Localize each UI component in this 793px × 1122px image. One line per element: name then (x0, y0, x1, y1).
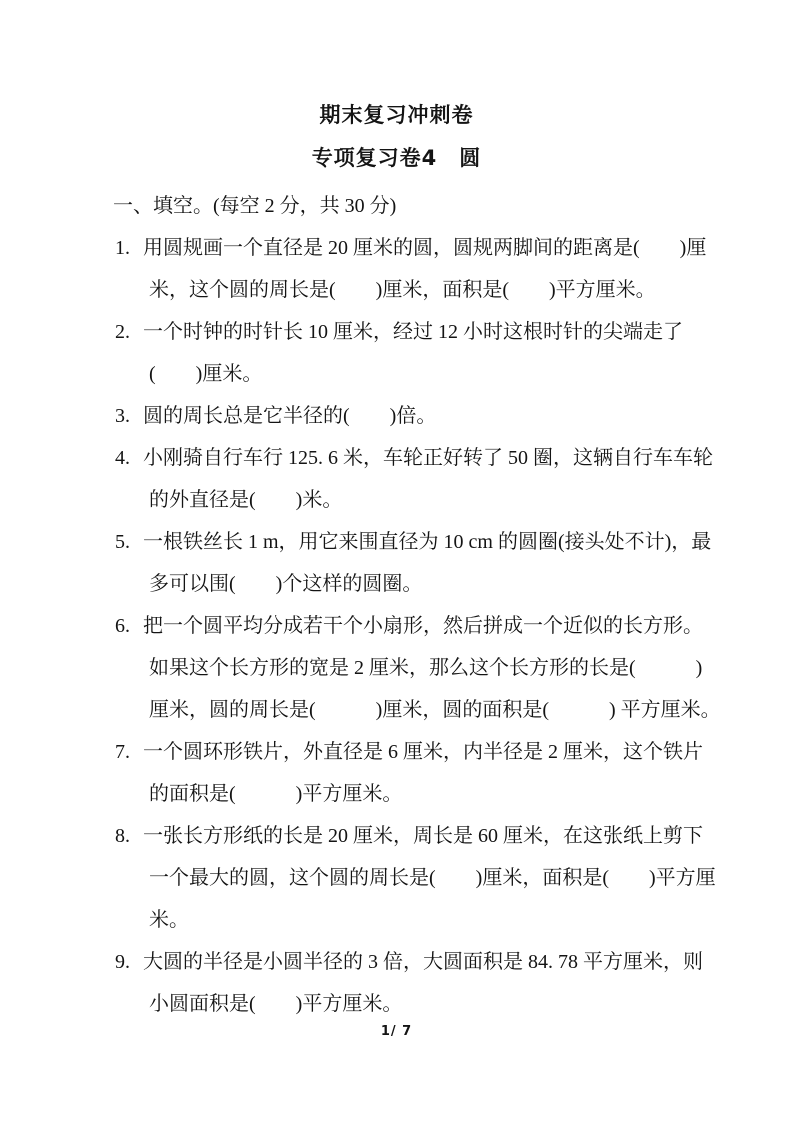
question-line: 米，这个圆的周长是( )厘米，面积是( )平方厘米。 (149, 269, 703, 311)
question-line: 多可以围( )个这样的圆圈。 (149, 563, 703, 605)
worksheet-page: 期末复习冲刺卷 专项复习卷4 圆 一、填空。(每空 2 分，共 30 分) 1.… (0, 0, 793, 1122)
question-line: 的外直径是( )米。 (149, 479, 703, 521)
question-number: 1. (115, 227, 130, 269)
section-heading: 一、填空。(每空 2 分，共 30 分) (113, 185, 703, 227)
question-line: 米。 (149, 899, 703, 941)
question-7: 7. 一个圆环形铁片，外直径是 6 厘米，内半径是 2 厘米，这个铁片 的面积是… (113, 731, 703, 815)
question-line: 一个时钟的时针长 10 厘米，经过 12 小时这根时针的尖端走了 (143, 311, 703, 353)
question-5: 5. 一根铁丝长 1 m，用它来围直径为 10 cm 的圆圈(接头处不计)，最 … (113, 521, 703, 605)
question-9: 9. 大圆的半径是小圆半径的 3 倍，大圆面积是 84. 78 平方厘米，则 小… (113, 941, 703, 1025)
question-number: 8. (115, 815, 130, 857)
question-line: 大圆的半径是小圆半径的 3 倍，大圆面积是 84. 78 平方厘米，则 (143, 941, 703, 983)
question-line: 圆的周长总是它半径的( )倍。 (143, 395, 703, 437)
question-6: 6. 把一个圆平均分成若干个小扇形，然后拼成一个近似的长方形。 如果这个长方形的… (113, 605, 703, 731)
question-8: 8. 一张长方形纸的长是 20 厘米，周长是 60 厘米，在这张纸上剪下 一个最… (113, 815, 703, 941)
question-2: 2. 一个时钟的时针长 10 厘米，经过 12 小时这根时针的尖端走了 ( )厘… (113, 311, 703, 395)
question-line: 的面积是( )平方厘米。 (149, 773, 703, 815)
page-number: 1/ 7 (0, 1024, 793, 1039)
question-number: 9. (115, 941, 130, 983)
worksheet-body: 一、填空。(每空 2 分，共 30 分) 1. 用圆规画一个直径是 20 厘米的… (113, 185, 703, 1025)
question-line: 小刚骑自行车行 125. 6 米，车轮正好转了 50 圈，这辆自行车车轮 (143, 437, 703, 479)
question-line: 一张长方形纸的长是 20 厘米，周长是 60 厘米，在这张纸上剪下 (143, 815, 703, 857)
question-number: 3. (115, 395, 130, 437)
question-line: 一个圆环形铁片，外直径是 6 厘米，内半径是 2 厘米，这个铁片 (143, 731, 703, 773)
question-line: 用圆规画一个直径是 20 厘米的圆，圆规两脚间的距离是( )厘 (143, 227, 703, 269)
question-3: 3. 圆的周长总是它半径的( )倍。 (113, 395, 703, 437)
page-title: 期末复习冲刺卷 (0, 0, 793, 128)
question-line: 小圆面积是( )平方厘米。 (149, 983, 703, 1025)
question-number: 4. (115, 437, 130, 479)
question-number: 7. (115, 731, 130, 773)
question-line: 把一个圆平均分成若干个小扇形，然后拼成一个近似的长方形。 (143, 605, 703, 647)
question-line: 一个最大的圆，这个圆的周长是( )厘米，面积是( )平方厘 (149, 857, 703, 899)
question-number: 5. (115, 521, 130, 563)
question-4: 4. 小刚骑自行车行 125. 6 米，车轮正好转了 50 圈，这辆自行车车轮 … (113, 437, 703, 521)
question-number: 2. (115, 311, 130, 353)
question-number: 6. (115, 605, 130, 647)
page-subtitle: 专项复习卷4 圆 (0, 145, 793, 171)
question-line: ( )厘米。 (149, 353, 703, 395)
question-line: 一根铁丝长 1 m，用它来围直径为 10 cm 的圆圈(接头处不计)，最 (143, 521, 703, 563)
question-1: 1. 用圆规画一个直径是 20 厘米的圆，圆规两脚间的距离是( )厘 米，这个圆… (113, 227, 703, 311)
title-block: 期末复习冲刺卷 专项复习卷4 圆 (0, 0, 793, 171)
question-line: 如果这个长方形的宽是 2 厘米，那么这个长方形的长是( ) (149, 647, 703, 689)
question-line: 厘米，圆的周长是( )厘米，圆的面积是( ) 平方厘米。 (149, 689, 703, 731)
